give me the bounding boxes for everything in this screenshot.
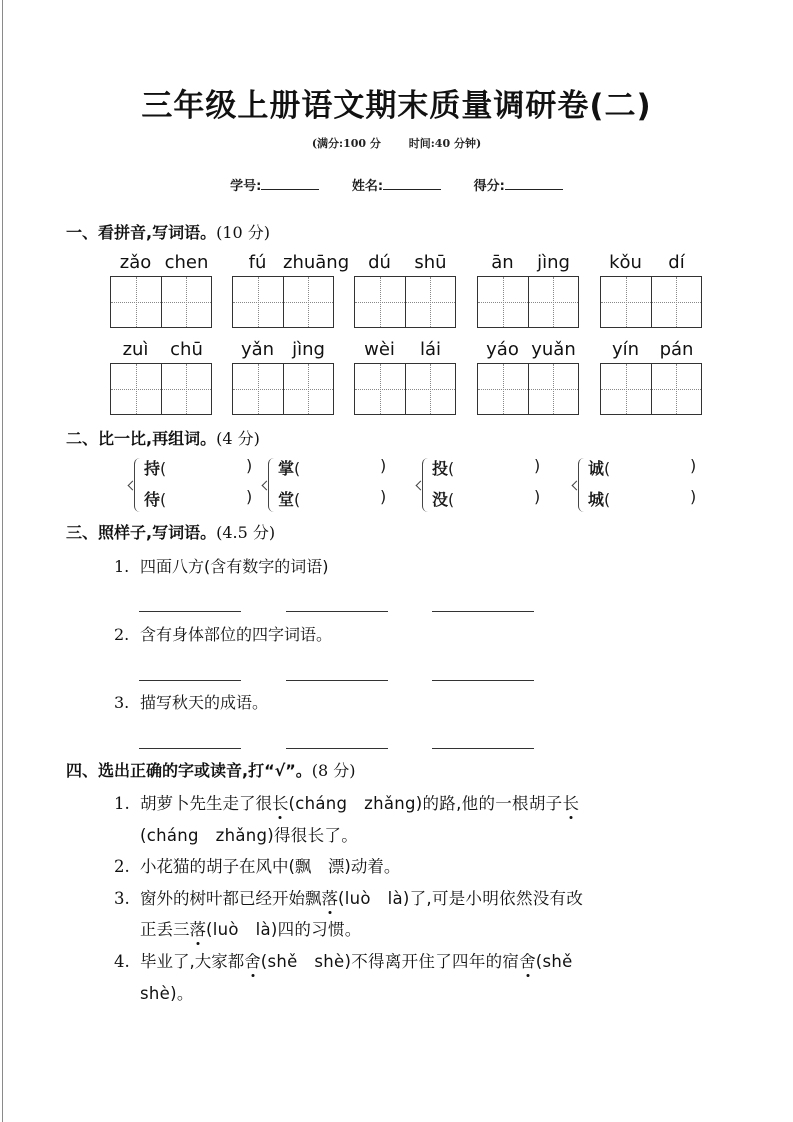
compare-pair-2: 掌() 堂()	[268, 456, 418, 516]
open-paren: (	[448, 490, 454, 509]
pair-char: 诚	[588, 459, 604, 478]
section3-title: 三、照样子,写词语。	[66, 523, 216, 542]
grid-cell[interactable]	[233, 277, 283, 327]
writing-grid[interactable]	[600, 363, 702, 415]
section2-title: 二、比一比,再组词。	[66, 429, 216, 448]
brace-icon	[268, 458, 277, 512]
section3-item-1: 1.四面八方(含有数字的词语)	[114, 554, 329, 577]
student-name-field[interactable]: 姓名:	[352, 175, 441, 194]
emphasis-char: 落	[322, 889, 339, 908]
close-paren: )	[690, 487, 696, 506]
pair-char: 掌	[278, 459, 294, 478]
pinyin-syllable: zhuāng	[283, 252, 334, 273]
open-paren: (	[448, 459, 454, 478]
answer-line[interactable]	[432, 748, 534, 749]
grid-cell[interactable]	[651, 277, 702, 327]
pair-char: 待	[144, 490, 160, 509]
pair-top-line[interactable]: 掌()	[278, 456, 418, 479]
student-info-row: 学号: 姓名: 得分:	[0, 175, 793, 194]
time-limit-text: 时间:40 分钟)	[409, 137, 481, 150]
emphasis-char: 舍	[244, 952, 261, 971]
answer-line[interactable]	[286, 680, 388, 681]
exam-meta: (满分:100 分 时间:40 分钟)	[0, 135, 793, 151]
item-text: 正丢三	[140, 920, 190, 939]
item-number: 1.	[114, 557, 140, 576]
choice-text[interactable]: (shě shè)不得离开住了四年的宿	[261, 952, 520, 971]
writing-grid[interactable]	[477, 363, 579, 415]
section4-item-1-line-1: 1.胡萝卜先生走了很长(cháng zhǎng)的路,他的一根胡子长	[114, 790, 579, 814]
pair-top-line[interactable]: 诚()	[588, 456, 728, 479]
compare-pair-3: 投() 没()	[422, 456, 572, 516]
writing-grid[interactable]	[110, 276, 212, 328]
grid-cell[interactable]	[478, 277, 528, 327]
brace-icon	[134, 458, 143, 512]
open-paren: (	[604, 459, 610, 478]
writing-grid[interactable]	[354, 276, 456, 328]
grid-cell[interactable]	[283, 364, 334, 414]
item-number: 2.	[114, 857, 140, 876]
section2-heading: 二、比一比,再组词。(4 分)	[66, 426, 260, 449]
emphasis-char: 舍	[519, 952, 536, 971]
page-edge-line	[2, 0, 3, 1122]
section4-item-4-line-2: shè)。	[140, 980, 194, 1004]
section1-heading: 一、看拼音,写词语。(10 分)	[66, 220, 270, 243]
answer-line[interactable]	[139, 611, 241, 612]
section3-heading: 三、照样子,写词语。(4.5 分)	[66, 520, 275, 543]
compare-pair-4: 诚() 城()	[578, 456, 728, 516]
grid-cell[interactable]	[601, 364, 651, 414]
pinyin-syllable: kǒu	[600, 252, 651, 273]
pair-char: 投	[432, 459, 448, 478]
open-paren: (	[604, 490, 610, 509]
item-text: 胡萝卜先生走了很	[140, 794, 272, 813]
answer-line[interactable]	[286, 748, 388, 749]
grid-cell[interactable]	[161, 364, 212, 414]
section1-points: (10 分)	[216, 223, 270, 242]
section4-item-2: 2.小花猫的胡子在风中(飘 漂)动着。	[114, 853, 400, 877]
pinyin-syllable: fú	[232, 252, 283, 273]
grid-cell[interactable]	[651, 364, 702, 414]
pair-char: 城	[588, 490, 604, 509]
emphasis-char: 长	[562, 794, 579, 813]
section4-item-4-line-1: 4.毕业了,大家都舍(shě shè)不得离开住了四年的宿舍(shě	[114, 948, 573, 972]
grid-cell[interactable]	[528, 277, 579, 327]
answer-line[interactable]	[139, 680, 241, 681]
section1-title: 一、看拼音,写词语。	[66, 223, 216, 242]
section4-heading: 四、选出正确的字或读音,打“√”。(8 分)	[66, 758, 356, 781]
close-paren: )	[246, 456, 252, 475]
choice-text[interactable]: 小花猫的胡子在风中(飘 漂)动着。	[140, 857, 400, 876]
open-paren: (	[160, 459, 166, 478]
writing-grid[interactable]	[232, 276, 334, 328]
score-label: 得分:	[474, 179, 505, 194]
pinyin-syllable: yuǎn	[528, 339, 579, 360]
item-number: 3.	[114, 693, 140, 712]
choice-text[interactable]: (luò là)四的习惯。	[206, 920, 362, 939]
item-number: 3.	[114, 889, 140, 908]
writing-grid[interactable]	[110, 363, 212, 415]
pair-bottom-line[interactable]: 没()	[432, 487, 572, 510]
section3-item-3: 3.描写秋天的成语。	[114, 690, 268, 713]
grid-cell[interactable]	[478, 364, 528, 414]
close-paren: )	[246, 487, 252, 506]
grid-cell[interactable]	[111, 364, 161, 414]
section3-points: (4.5 分)	[216, 523, 275, 542]
pinyin-syllable: jìng	[283, 339, 334, 360]
pair-top-line[interactable]: 持()	[144, 456, 284, 479]
open-paren: (	[294, 490, 300, 509]
item-number: 4.	[114, 952, 140, 971]
page-title: 三年级上册语文期末质量调研卷(二)	[0, 80, 793, 125]
item-number: 1.	[114, 794, 140, 813]
close-paren: )	[534, 456, 540, 475]
score-field[interactable]: 得分:	[474, 175, 563, 194]
section4-item-3-line-1: 3.窗外的树叶都已经开始飘落(luò là)了,可是小明依然没有改	[114, 885, 583, 909]
grid-cell[interactable]	[405, 277, 456, 327]
item-text: 含有身体部位的四字词语。	[140, 625, 332, 644]
choice-text[interactable]: (cháng zhǎng)得很长了。	[140, 826, 358, 845]
grid-cell[interactable]	[161, 277, 212, 327]
answer-line[interactable]	[286, 611, 388, 612]
section4-points: (8 分)	[312, 761, 356, 780]
pinyin-syllable: dí	[651, 252, 702, 273]
pair-bottom-line[interactable]: 堂()	[278, 487, 418, 510]
pair-bottom-line[interactable]: 城()	[588, 487, 728, 510]
grid-cell[interactable]	[355, 364, 405, 414]
choice-text[interactable]: (luò là)了,可是小明依然没有改	[338, 889, 583, 908]
pinyin-syllable: lái	[405, 339, 456, 360]
section4-item-1-line-2: (cháng zhǎng)得很长了。	[140, 822, 358, 846]
pair-char: 持	[144, 459, 160, 478]
pinyin-syllable: ān	[477, 252, 528, 273]
pinyin-syllable: pán	[651, 339, 702, 360]
grid-cell[interactable]	[283, 277, 334, 327]
close-paren: )	[380, 456, 386, 475]
item-number: 2.	[114, 625, 140, 644]
grid-cell[interactable]	[233, 364, 283, 414]
student-id-blank[interactable]	[261, 177, 319, 190]
item-text: 毕业了,大家都	[140, 952, 244, 971]
close-paren: )	[534, 487, 540, 506]
grid-cell[interactable]	[355, 277, 405, 327]
pinyin-syllable: yín	[600, 339, 651, 360]
pinyin-syllable: wèi	[354, 339, 405, 360]
choice-text[interactable]: (cháng zhǎng)的路,他的一根胡子	[289, 794, 563, 813]
pair-top-line[interactable]: 投()	[432, 456, 572, 479]
full-score-text: (满分:100 分	[312, 137, 381, 150]
student-id-field[interactable]: 学号:	[230, 175, 319, 194]
pair-char: 堂	[278, 490, 294, 509]
choice-text[interactable]: (shě	[536, 952, 573, 971]
pair-char: 没	[432, 490, 448, 509]
writing-grid[interactable]	[232, 363, 334, 415]
item-text: 窗外的树叶都已经开始飘	[140, 889, 322, 908]
pinyin-syllable: yáo	[477, 339, 528, 360]
grid-cell[interactable]	[405, 364, 456, 414]
writing-grid[interactable]	[600, 276, 702, 328]
section2-points: (4 分)	[216, 429, 260, 448]
emphasis-char: 落	[190, 920, 207, 939]
pinyin-syllable: chen	[161, 252, 212, 273]
section4-item-3-line-2: 正丢三落(luò là)四的习惯。	[140, 916, 362, 940]
item-text: 四面八方(含有数字的词语)	[140, 557, 329, 576]
student-name-label: 姓名:	[352, 179, 383, 194]
pinyin-syllable: zǎo	[110, 252, 161, 273]
student-name-blank[interactable]	[383, 177, 441, 190]
pinyin-syllable: zuì	[110, 339, 161, 360]
pinyin-syllable: jìng	[528, 252, 579, 273]
grid-cell[interactable]	[111, 277, 161, 327]
writing-grid[interactable]	[477, 276, 579, 328]
section3-item-2: 2.含有身体部位的四字词语。	[114, 622, 332, 645]
close-paren: )	[380, 487, 386, 506]
item-text: 描写秋天的成语。	[140, 693, 268, 712]
answer-line[interactable]	[432, 611, 534, 612]
grid-cell[interactable]	[528, 364, 579, 414]
choice-text[interactable]: shè)。	[140, 984, 194, 1003]
pair-bottom-line[interactable]: 待()	[144, 487, 284, 510]
writing-grid[interactable]	[354, 363, 456, 415]
open-paren: (	[294, 459, 300, 478]
brace-icon	[578, 458, 587, 512]
pinyin-syllable: yǎn	[232, 339, 283, 360]
section4-title: 四、选出正确的字或读音,打“√”。	[66, 761, 312, 780]
score-blank[interactable]	[505, 177, 563, 190]
open-paren: (	[160, 490, 166, 509]
brace-icon	[422, 458, 431, 512]
pinyin-syllable: dú	[354, 252, 405, 273]
answer-line[interactable]	[139, 748, 241, 749]
pinyin-syllable: shū	[405, 252, 456, 273]
student-id-label: 学号:	[230, 179, 261, 194]
emphasis-char: 长	[272, 794, 289, 813]
answer-line[interactable]	[432, 680, 534, 681]
pinyin-syllable: chū	[161, 339, 212, 360]
close-paren: )	[690, 456, 696, 475]
grid-cell[interactable]	[601, 277, 651, 327]
